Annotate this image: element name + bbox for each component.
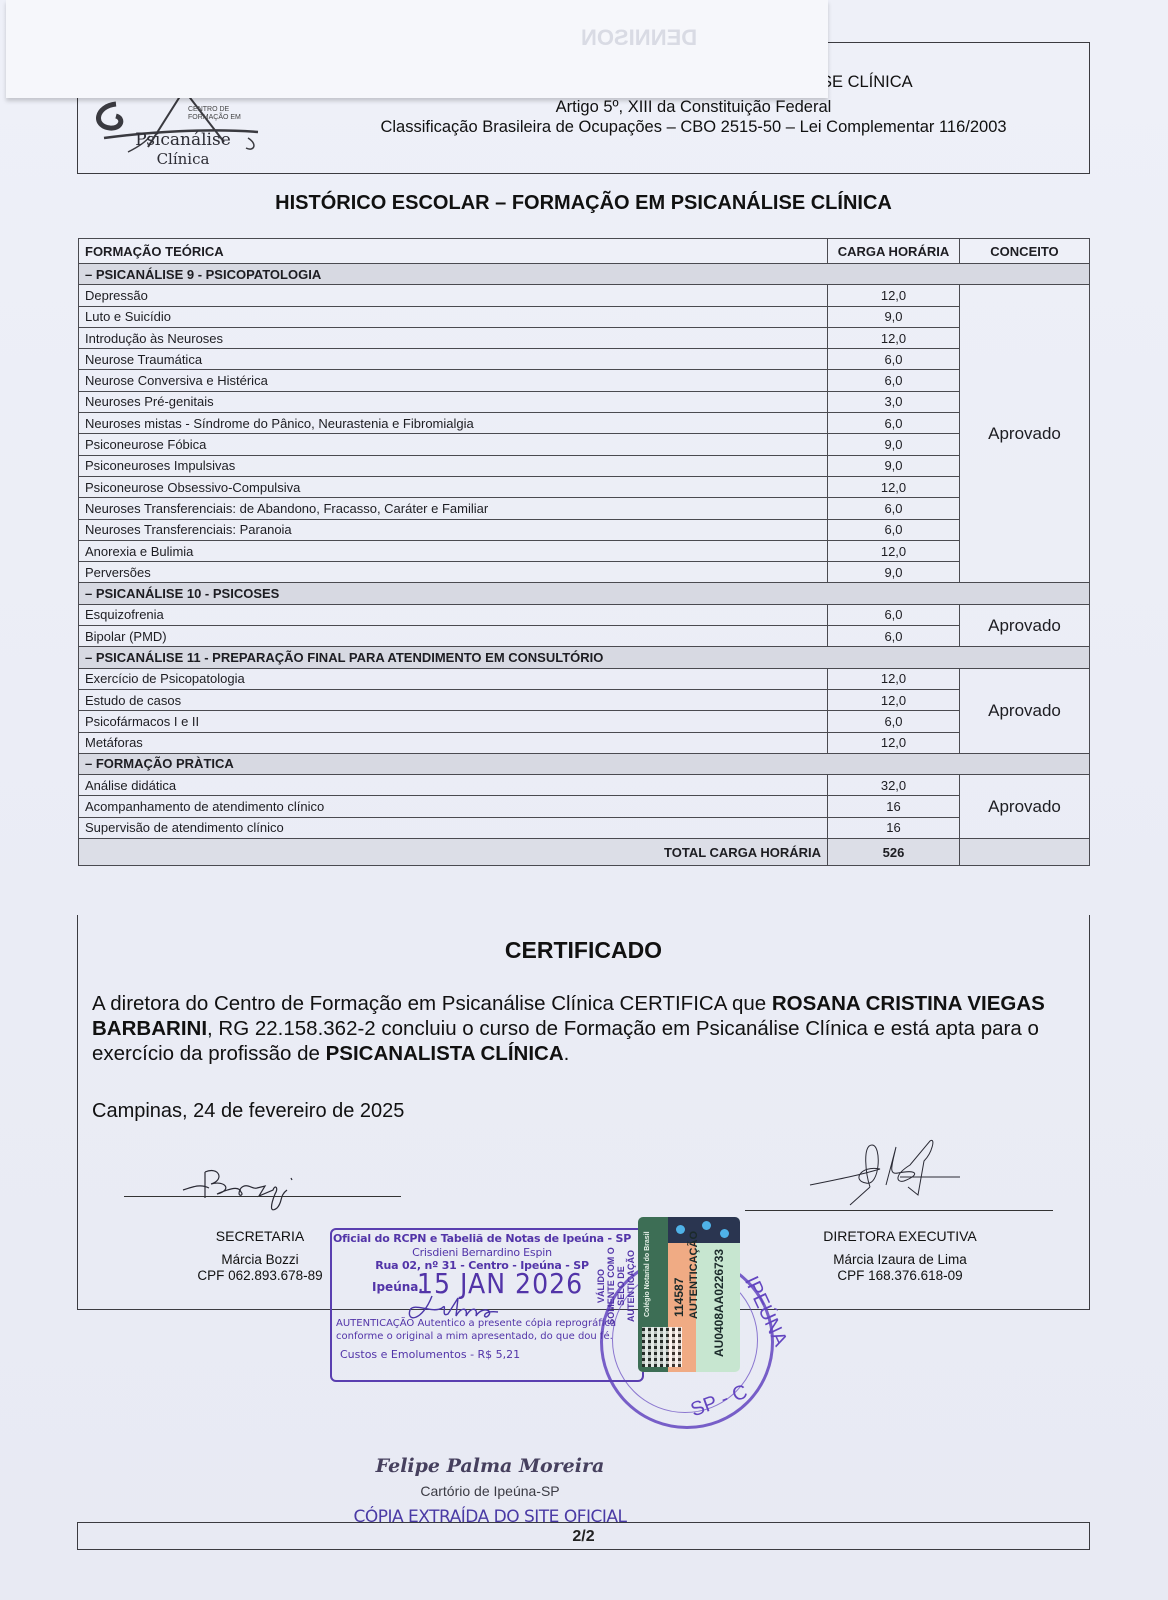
subject-cell: Acompanhamento de atendimento clínico: [79, 796, 828, 817]
hours-cell: 9,0: [828, 455, 960, 476]
overlapping-paper: DENNISON: [6, 0, 828, 98]
authentication-text-2: conforme o original a mim apresentado, d…: [336, 1331, 613, 1342]
authentication-seal: Colégio Notarial do Brasil 114587 AUTENT…: [638, 1217, 740, 1372]
document-title: HISTÓRICO ESCOLAR – FORMAÇÃO EM PSICANÁL…: [77, 192, 1090, 215]
subject-cell: Neuroses Pré-genitais: [79, 391, 828, 412]
total-value: 526: [828, 839, 960, 866]
letterhead-line-1: Artigo 5º, XIII da Constituição Federal: [308, 98, 1079, 117]
table-row: Neuroses Pré-genitais3,0: [79, 391, 1090, 412]
table-row: Acompanhamento de atendimento clínico16: [79, 796, 1090, 817]
hours-cell: 3,0: [828, 391, 960, 412]
notary-person-line: Crisdieni Bernardino Espin: [332, 1246, 632, 1259]
notary-office-name: Cartório de Ipeúna-SP: [350, 1483, 630, 1499]
authentication-text-1: AUTENTICAÇÃO Autentico a presente cópia …: [336, 1318, 636, 1329]
secretary-signature-icon: [175, 1160, 315, 1215]
profession: PSICANALISTA CLÍNICA: [326, 1042, 564, 1065]
section-row: – PSICANÁLISE 11 - PREPARAÇÃO FINAL PARA…: [79, 647, 1090, 668]
table-row: Supervisão de atendimento clínico16: [79, 817, 1090, 838]
table-row: Depressão12,0Aprovado: [79, 285, 1090, 306]
logo-name-line-2: Clínica: [88, 150, 278, 168]
total-row: TOTAL CARGA HORÁRIA526: [79, 839, 1090, 866]
table-row: Psiconeurose Obsessivo-Compulsiva12,0: [79, 476, 1090, 497]
section-title: – PSICANÁLISE 11 - PREPARAÇÃO FINAL PARA…: [79, 647, 1090, 668]
concept-cell: Aprovado: [960, 668, 1090, 753]
subject-cell: Supervisão de atendimento clínico: [79, 817, 828, 838]
table-row: Metáforas12,0: [79, 732, 1090, 753]
director-cpf: CPF 168.376.618-09: [760, 1268, 1040, 1284]
page-number: 2/2: [78, 1528, 1089, 1546]
table-row: Anorexia e Bulimia12,0: [79, 540, 1090, 561]
director-signature-icon: [800, 1135, 980, 1215]
table-row: Exercício de Psicopatologia12,0Aprovado: [79, 668, 1090, 689]
concept-cell: Aprovado: [960, 604, 1090, 647]
notary-clerk-name: Felipe Palma Moreira: [350, 1455, 630, 1477]
hours-cell: 9,0: [828, 562, 960, 583]
hours-cell: 32,0: [828, 775, 960, 796]
authentication-cost: Custos e Emolumentos - R$ 5,21: [340, 1348, 520, 1361]
hours-cell: 12,0: [828, 327, 960, 348]
subject-cell: Esquizofrenia: [79, 604, 828, 625]
secretary-signature-line: [124, 1196, 401, 1197]
subject-cell: Análise didática: [79, 775, 828, 796]
subject-cell: Estudo de casos: [79, 689, 828, 710]
director-name: Márcia Izaura de Lima: [760, 1252, 1040, 1268]
hours-cell: 12,0: [828, 476, 960, 497]
hours-cell: 12,0: [828, 540, 960, 561]
logo-caption-line-1: CENTRO DE: [188, 106, 229, 113]
table-row: Estudo de casos12,0: [79, 689, 1090, 710]
seal-issuer: Colégio Notarial do Brasil: [644, 1231, 651, 1317]
subject-cell: Introdução às Neuroses: [79, 327, 828, 348]
institution-logo: CENTRO DE FORMAÇÃO EM Psicanálise Clínic…: [88, 92, 278, 172]
hours-cell: 16: [828, 796, 960, 817]
table-row: Bipolar (PMD)6,0: [79, 626, 1090, 647]
hours-cell: 6,0: [828, 413, 960, 434]
table-row: Perversões9,0: [79, 562, 1090, 583]
hours-cell: 12,0: [828, 689, 960, 710]
letterhead-title-partial: SE CLÍNICA: [821, 73, 1079, 92]
hours-cell: 12,0: [828, 285, 960, 306]
hours-cell: 6,0: [828, 626, 960, 647]
hours-cell: 6,0: [828, 519, 960, 540]
valid-only-with-seal: VÁLIDO SOMENTE COM O SELO DE AUTENTICAÇÃ…: [596, 1246, 636, 1326]
certificate-text-end: .: [564, 1042, 570, 1065]
subject-cell: Neuroses Transferenciais: Paranoia: [79, 519, 828, 540]
subject-cell: Bipolar (PMD): [79, 626, 828, 647]
total-label: TOTAL CARGA HORÁRIA: [79, 839, 828, 866]
subject-cell: Neurose Traumática: [79, 349, 828, 370]
section-title: – PSICANÁLISE 10 - PSICOSES: [79, 583, 1090, 604]
hours-cell: 9,0: [828, 434, 960, 455]
subject-cell: Luto e Suicídio: [79, 306, 828, 327]
subject-cell: Exercício de Psicopatologia: [79, 668, 828, 689]
subject-cell: Neurose Conversiva e Histérica: [79, 370, 828, 391]
concept-cell: Aprovado: [960, 285, 1090, 583]
place-date: Campinas, 24 de fevereiro de 2025: [92, 1100, 404, 1123]
table-row: Neurose Conversiva e Histérica6,0: [79, 370, 1090, 391]
hours-cell: 12,0: [828, 732, 960, 753]
subject-cell: Psicofármacos I e II: [79, 711, 828, 732]
subject-cell: Anorexia e Bulimia: [79, 540, 828, 561]
seal-code: AU0408AA0226733: [712, 1249, 726, 1357]
table-header-row: FORMAÇÃO TEÓRICA CARGA HORÁRIA CONCEITO: [79, 239, 1090, 264]
section-row: – PSICANÁLISE 9 - PSICOPATOLOGIA: [79, 264, 1090, 285]
hours-cell: 6,0: [828, 604, 960, 625]
seal-type: AUTENTICAÇÃO: [688, 1231, 700, 1319]
notary-office-line: Oficial do RCPN e Tabeliã de Notas de Ip…: [332, 1232, 632, 1245]
director-block: DIRETORA EXECUTIVA Márcia Izaura de Lima…: [760, 1228, 1040, 1284]
column-header-hours: CARGA HORÁRIA: [828, 239, 960, 264]
seal-number: 114587: [672, 1278, 686, 1317]
section-row: – FORMAÇÃO PRÀTICA: [79, 753, 1090, 774]
ghost-text: DENNISON: [581, 25, 697, 51]
column-header-subject: FORMAÇÃO TEÓRICA: [79, 239, 828, 264]
hours-cell: 9,0: [828, 306, 960, 327]
hours-cell: 16: [828, 817, 960, 838]
section-title: – PSICANÁLISE 9 - PSICOPATOLOGIA: [79, 264, 1090, 285]
section-row: – PSICANÁLISE 10 - PSICOSES: [79, 583, 1090, 604]
table-row: Neuroses mistas - Síndrome do Pânico, Ne…: [79, 413, 1090, 434]
subject-cell: Psiconeurose Fóbica: [79, 434, 828, 455]
hours-cell: 6,0: [828, 349, 960, 370]
director-role: DIRETORA EXECUTIVA: [760, 1228, 1040, 1244]
logo-caption-line-2: FORMAÇÃO EM: [188, 114, 241, 121]
table-row: Psiconeurose Fóbica9,0: [79, 434, 1090, 455]
concept-cell: Aprovado: [960, 775, 1090, 839]
hours-cell: 12,0: [828, 668, 960, 689]
hours-cell: 6,0: [828, 370, 960, 391]
letterhead-line-2: Classificação Brasileira de Ocupações – …: [308, 118, 1079, 137]
subject-cell: Psiconeuroses Impulsivas: [79, 455, 828, 476]
hours-cell: 6,0: [828, 711, 960, 732]
certificate-title: CERTIFICADO: [78, 937, 1089, 964]
logo-caption: CENTRO DE FORMAÇÃO EM: [188, 106, 241, 122]
table-row: Psiconeuroses Impulsivas9,0: [79, 455, 1090, 476]
page-footer: 2/2: [77, 1522, 1090, 1550]
subject-cell: Psiconeurose Obsessivo-Compulsiva: [79, 476, 828, 497]
subject-cell: Neuroses Transferenciais: de Abandono, F…: [79, 498, 828, 519]
table-row: Psicofármacos I e II6,0: [79, 711, 1090, 732]
subject-cell: Neuroses mistas - Síndrome do Pânico, Ne…: [79, 413, 828, 434]
hours-cell: 6,0: [828, 498, 960, 519]
seal-pattern-band: [668, 1217, 740, 1243]
logo-name-line-1: Psicanálise: [88, 130, 278, 150]
table-row: Neuroses Transferenciais: Paranoia6,0: [79, 519, 1090, 540]
column-header-concept: CONCEITO: [960, 239, 1090, 264]
table-row: Esquizofrenia6,0Aprovado: [79, 604, 1090, 625]
subject-cell: Depressão: [79, 285, 828, 306]
certificate-text: A diretora do Centro de Formação em Psic…: [92, 991, 1079, 1066]
table-row: Luto e Suicídio9,0: [79, 306, 1090, 327]
subject-cell: Perversões: [79, 562, 828, 583]
qr-code-icon: [642, 1327, 682, 1367]
certificate-text-intro: A diretora do Centro de Formação em Psic…: [92, 992, 772, 1015]
transcript-table: FORMAÇÃO TEÓRICA CARGA HORÁRIA CONCEITO …: [78, 238, 1090, 866]
table-row: Introdução às Neuroses12,0: [79, 327, 1090, 348]
table-row: Neurose Traumática6,0: [79, 349, 1090, 370]
total-empty-cell: [960, 839, 1090, 866]
table-row: Análise didática32,0Aprovado: [79, 775, 1090, 796]
table-row: Neuroses Transferenciais: de Abandono, F…: [79, 498, 1090, 519]
section-title: – FORMAÇÃO PRÀTICA: [79, 753, 1090, 774]
document-page: DENNISON SE CLÍNICA Artigo 5º, XIII da C…: [0, 0, 1168, 1600]
subject-cell: Metáforas: [79, 732, 828, 753]
director-signature-line: [745, 1210, 1053, 1211]
